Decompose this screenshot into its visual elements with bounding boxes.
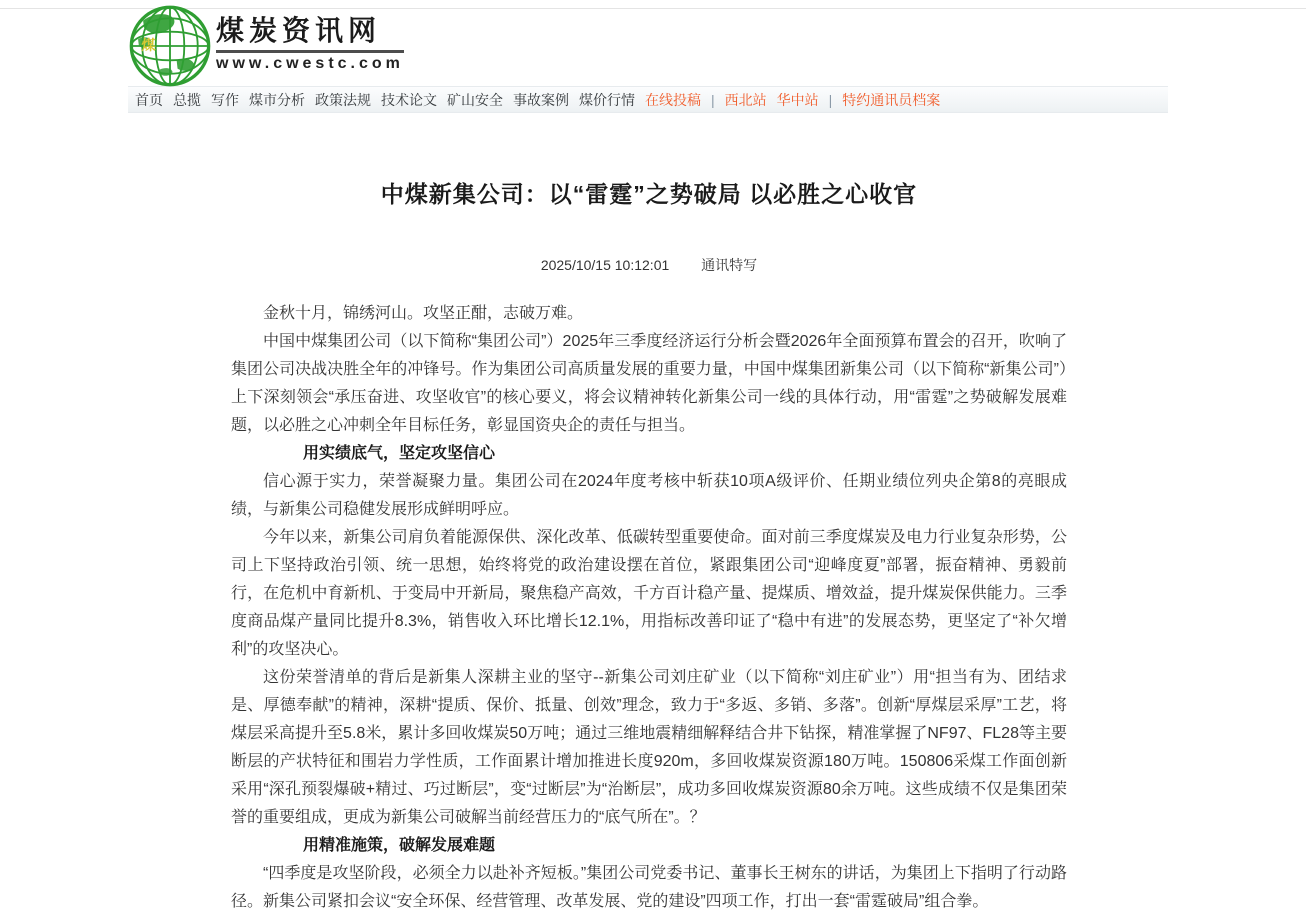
nav-item-policy-regulations[interactable]: 政策法规 bbox=[315, 90, 371, 110]
main-nav: 首页 总揽 写作 煤市分析 政策法规 技术论文 矿山安全 事故案例 煤价行情 在… bbox=[128, 86, 1168, 113]
article-body: 金秋十月，锦绣河山。攻坚正酣，志破万难。 中国中煤集团公司（以下简称“集团公司”… bbox=[231, 300, 1067, 916]
article-category: 通讯特写 bbox=[701, 257, 757, 273]
article-paragraph: 金秋十月，锦绣河山。攻坚正酣，志破万难。 bbox=[231, 300, 1067, 328]
article-paragraph: 这份荣誉清单的背后是新集人深耕主业的坚守--新集公司刘庄矿业（以下简称“刘庄矿业… bbox=[231, 664, 1067, 832]
logo-underline bbox=[216, 50, 404, 53]
page: 煤 煤炭资讯网 www.cwestc.com 首页 总揽 写作 煤市分析 政策法… bbox=[0, 0, 1306, 916]
nav-item-mine-safety[interactable]: 矿山安全 bbox=[447, 90, 503, 110]
site-header: 煤 煤炭资讯网 www.cwestc.com bbox=[0, 0, 1306, 86]
section-heading: 用精准施策，破解发展难题 bbox=[231, 832, 1067, 860]
section-heading: 用实绩底气，坚定攻坚信心 bbox=[231, 440, 1067, 468]
nav-item-northwest-station[interactable]: 西北站 bbox=[725, 90, 767, 110]
site-url: www.cwestc.com bbox=[216, 55, 404, 73]
nav-item-correspondent-archive[interactable]: 特约通讯员档案 bbox=[842, 90, 940, 110]
article-title: 中煤新集公司：以“雷霆”之势破局 以必胜之心收官 bbox=[231, 181, 1067, 209]
article-paragraph: 今年以来，新集公司肩负着能源保供、深化改革、低碳转型重要使命。面对前三季度煤炭及… bbox=[231, 524, 1067, 664]
nav-separator: | bbox=[711, 92, 715, 108]
nav-item-writing[interactable]: 写作 bbox=[211, 90, 239, 110]
globe-icon: 煤 bbox=[128, 4, 212, 88]
nav-separator: | bbox=[829, 92, 833, 108]
article-paragraph: “四季度是攻坚阶段，必须全力以赴补齐短板。”集团公司党委书记、董事长王树东的讲话… bbox=[231, 860, 1067, 916]
article-paragraph: 中国中煤集团公司（以下简称“集团公司”）2025年三季度经济运行分析会暨2026… bbox=[231, 328, 1067, 440]
nav-item-market-analysis[interactable]: 煤市分析 bbox=[249, 90, 305, 110]
article: 中煤新集公司：以“雷霆”之势破局 以必胜之心收官 2025/10/15 10:1… bbox=[231, 181, 1067, 916]
nav-item-overview[interactable]: 总揽 bbox=[173, 90, 201, 110]
nav-item-technical-papers[interactable]: 技术论文 bbox=[381, 90, 437, 110]
nav-item-home[interactable]: 首页 bbox=[135, 90, 163, 110]
site-logo[interactable]: 煤 煤炭资讯网 www.cwestc.com bbox=[128, 4, 404, 88]
article-meta: 2025/10/15 10:12:01 通讯特写 bbox=[231, 255, 1067, 275]
nav-item-coal-price[interactable]: 煤价行情 bbox=[579, 90, 635, 110]
nav-item-central-china-station[interactable]: 华中站 bbox=[777, 90, 819, 110]
svg-text:煤: 煤 bbox=[140, 36, 156, 54]
article-date: 2025/10/15 10:12:01 bbox=[541, 257, 669, 273]
nav-item-accident-cases[interactable]: 事故案例 bbox=[513, 90, 569, 110]
site-name: 煤炭资讯网 bbox=[216, 16, 404, 47]
article-paragraph: 信心源于实力，荣誉凝聚力量。集团公司在2024年度考核中斩获10项A级评价、任期… bbox=[231, 468, 1067, 524]
nav-item-online-submission[interactable]: 在线投稿 bbox=[645, 90, 701, 110]
logo-text: 煤炭资讯网 www.cwestc.com bbox=[216, 4, 404, 73]
